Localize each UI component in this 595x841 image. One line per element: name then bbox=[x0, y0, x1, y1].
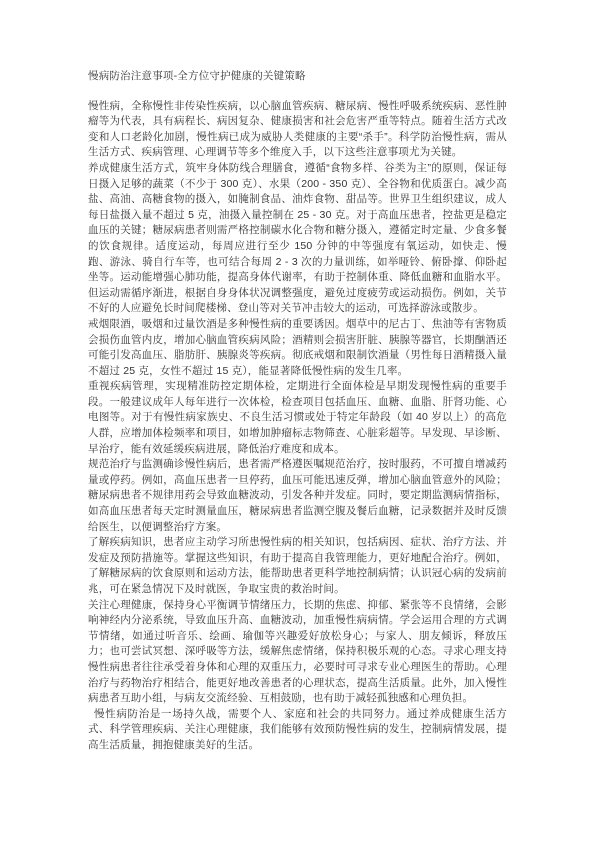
paragraph-quit-smoking-limit-alcohol: 戒烟限酒，吸烟和过量饮酒是多种慢性病的重要诱因。烟草中的尼古丁、焦油等有害物质会… bbox=[88, 317, 507, 379]
paragraph-healthy-lifestyle: 养成健康生活方式，筑牢身体防线合理膳食，遵循“食物多样、谷类为主”的原则，保证每… bbox=[88, 161, 507, 317]
document-title: 慢病防治注意事项-全方位守护健康的关键策略 bbox=[88, 69, 507, 85]
paragraph-disease-management-checkups: 重视疾病管理，实现精准防控定期体检，定期进行全面体检是早期发现慢性病的重要手段。… bbox=[88, 379, 507, 457]
document-page: 慢病防治注意事项-全方位守护健康的关键策略 慢性病，全称慢性非传染性疾病，以心脑… bbox=[0, 0, 595, 841]
paragraph-mental-health: 关注心理健康，保持身心平衡调节情绪压力，长期的焦虑、抑郁、紧张等不良情绪，会影响… bbox=[88, 598, 507, 707]
document-body: 慢性病，全称慢性非传染性疾病，以心脑血管疾病、糖尿病、慢性呼吸系统疾病、恶性肿瘤… bbox=[88, 99, 507, 754]
paragraph-conclusion: 慢性病防治是一场持久战，需要个人、家庭和社会的共同努力。通过养成健康生活方式、科… bbox=[88, 707, 507, 754]
paragraph-overview: 慢性病，全称慢性非传染性疾病，以心脑血管疾病、糖尿病、慢性呼吸系统疾病、恶性肿瘤… bbox=[88, 99, 507, 161]
paragraph-standard-treatment-monitoring: 规范治疗与监测确诊慢性病后，患者需严格遵医嘱规范治疗，按时服药，不可擅自增减药量… bbox=[88, 457, 507, 535]
paragraph-disease-knowledge: 了解疾病知识，患者应主动学习所患慢性病的相关知识，包括病因、症状、治疗方法、并发… bbox=[88, 535, 507, 597]
